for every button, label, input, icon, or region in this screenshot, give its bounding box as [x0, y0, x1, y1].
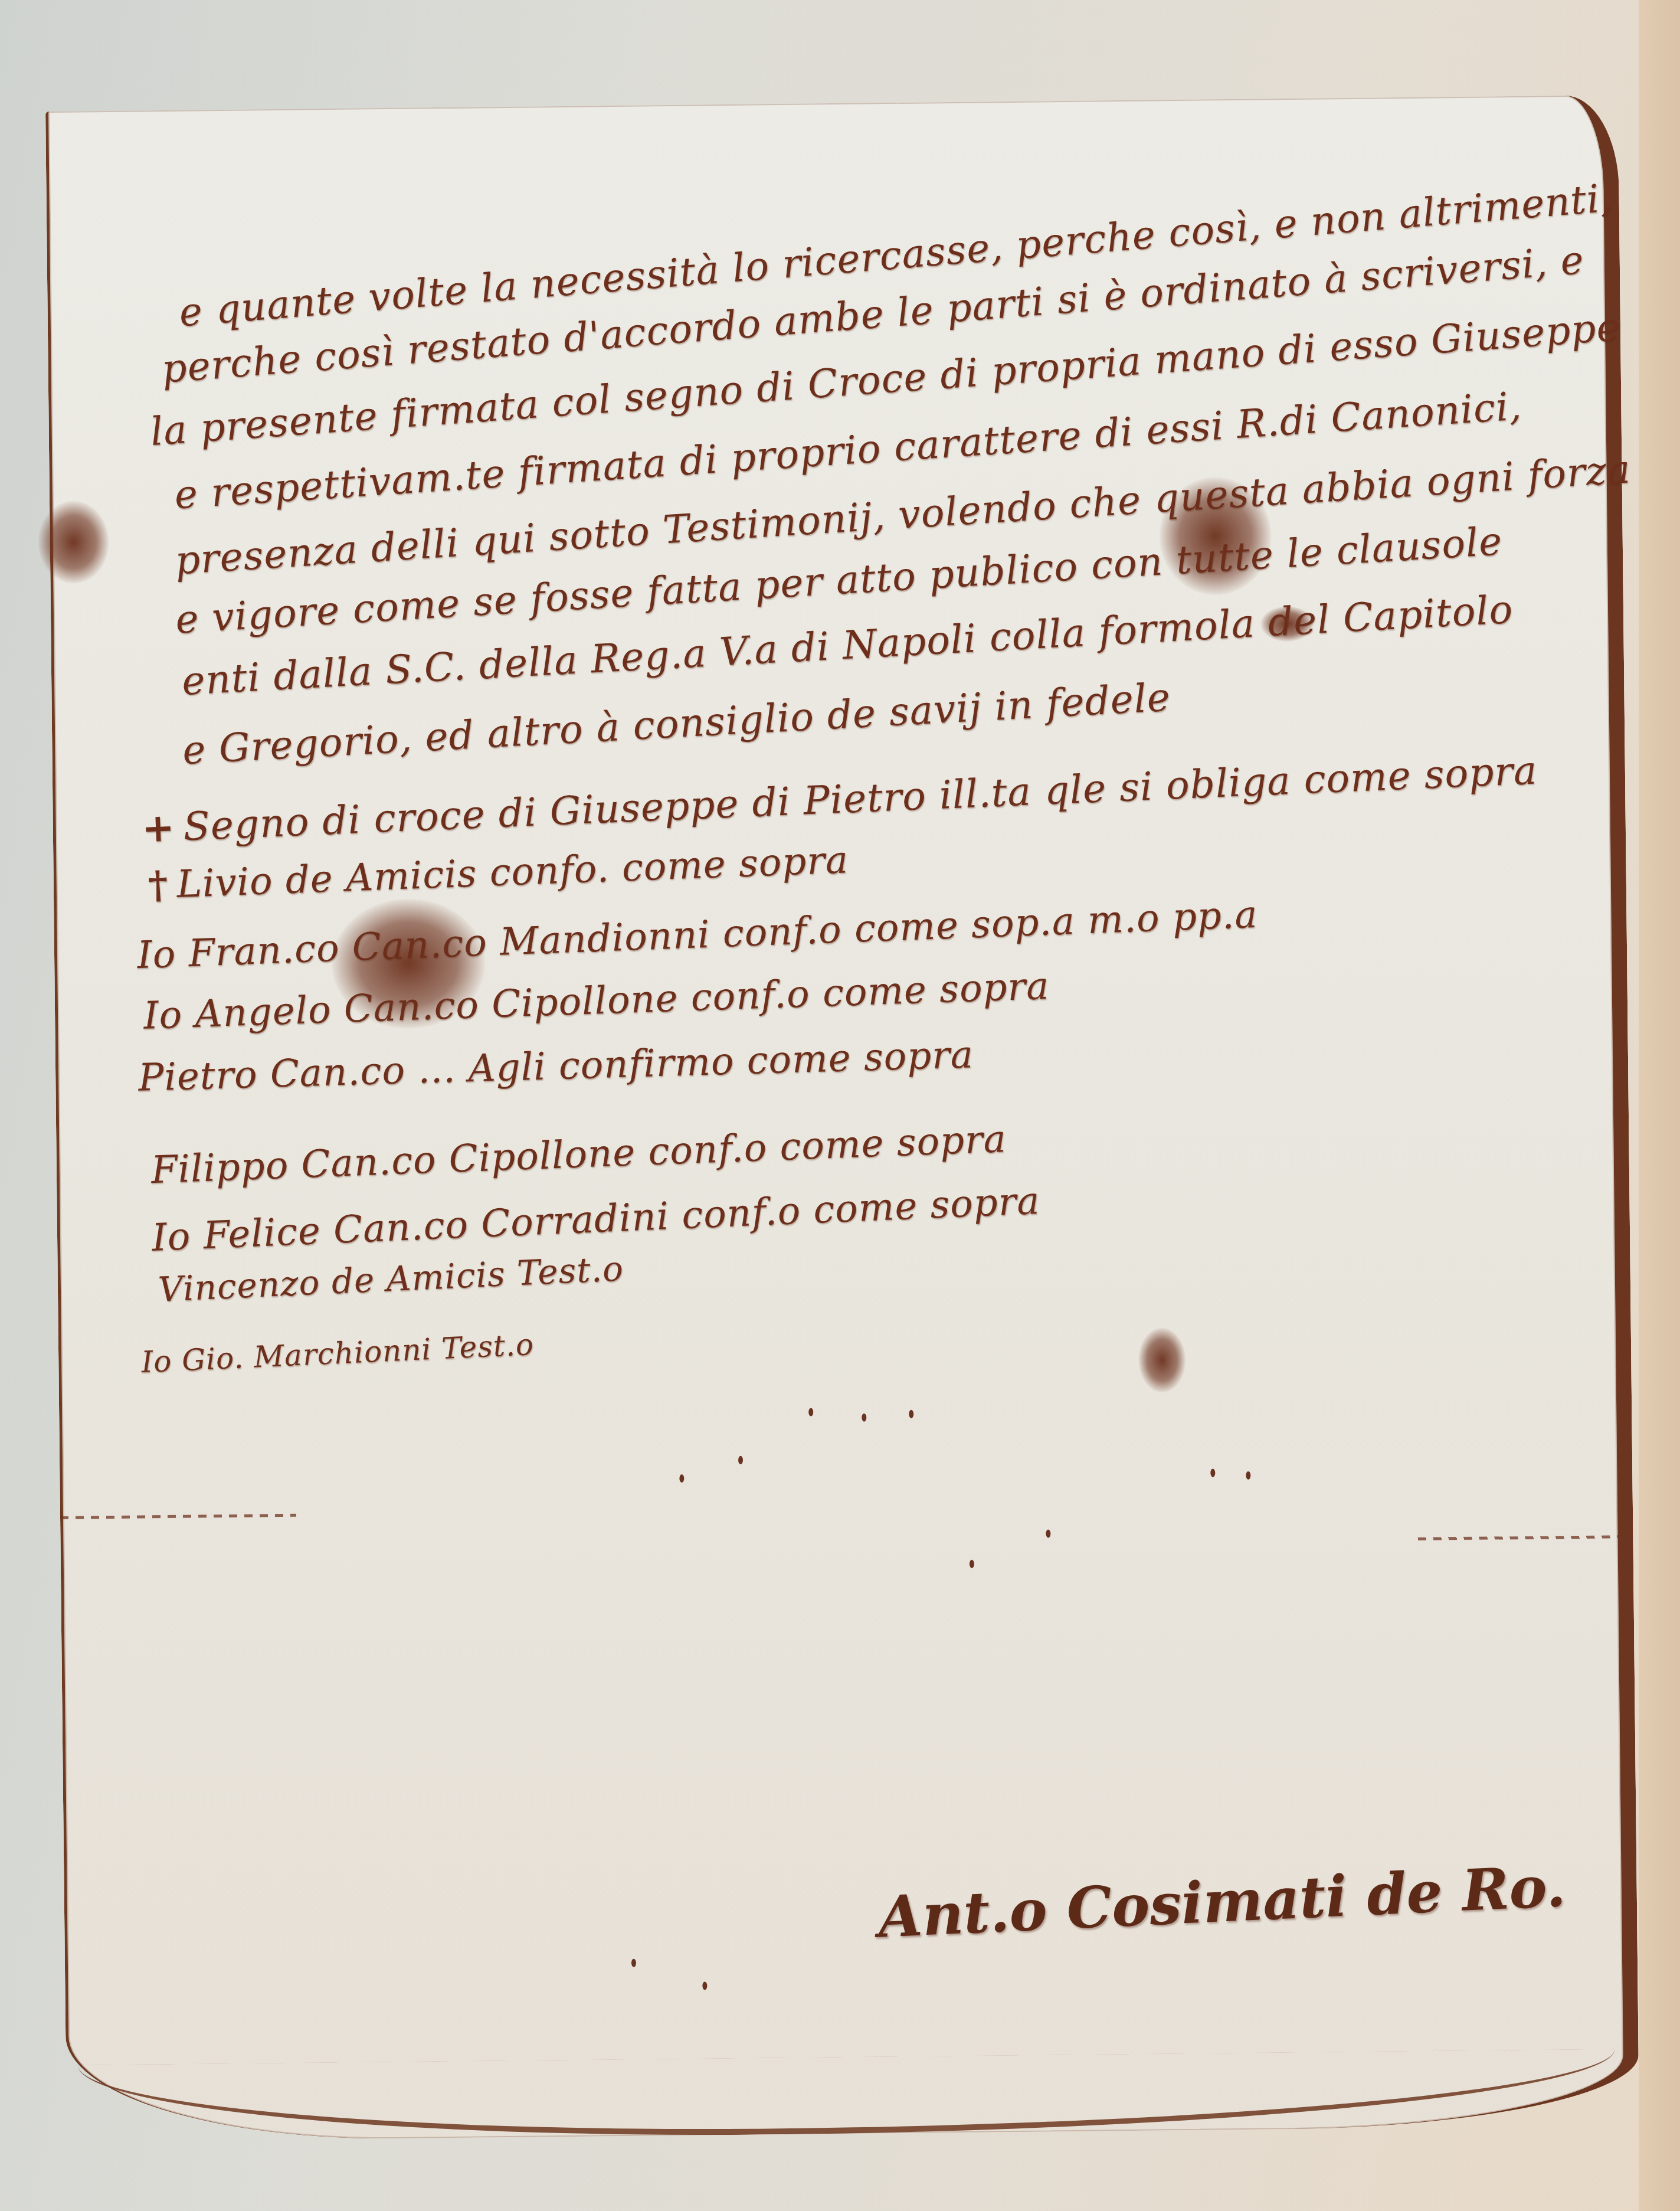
- ink-blot: [1138, 1327, 1186, 1393]
- ink-speck: [1246, 1471, 1250, 1480]
- double-cross-icon: †: [148, 863, 169, 908]
- ink-speck: [738, 1456, 743, 1464]
- ink-speck: [1210, 1468, 1215, 1477]
- ink-speck: [808, 1408, 813, 1417]
- ink-blot: [38, 501, 109, 584]
- ink-speck: [909, 1410, 913, 1418]
- ink-speck: [679, 1474, 684, 1483]
- ink-speck: [970, 1560, 974, 1568]
- ink-speck: [702, 1981, 707, 1990]
- book-page-edge: [1639, 0, 1680, 2211]
- ink-speck: [631, 1959, 636, 1967]
- manuscript-leaf: e quante volte la necessità lo ricercass…: [45, 95, 1639, 2142]
- ink-speck: [862, 1414, 866, 1422]
- cross-mark-icon: +: [141, 804, 176, 851]
- ink-speck: [1046, 1529, 1050, 1538]
